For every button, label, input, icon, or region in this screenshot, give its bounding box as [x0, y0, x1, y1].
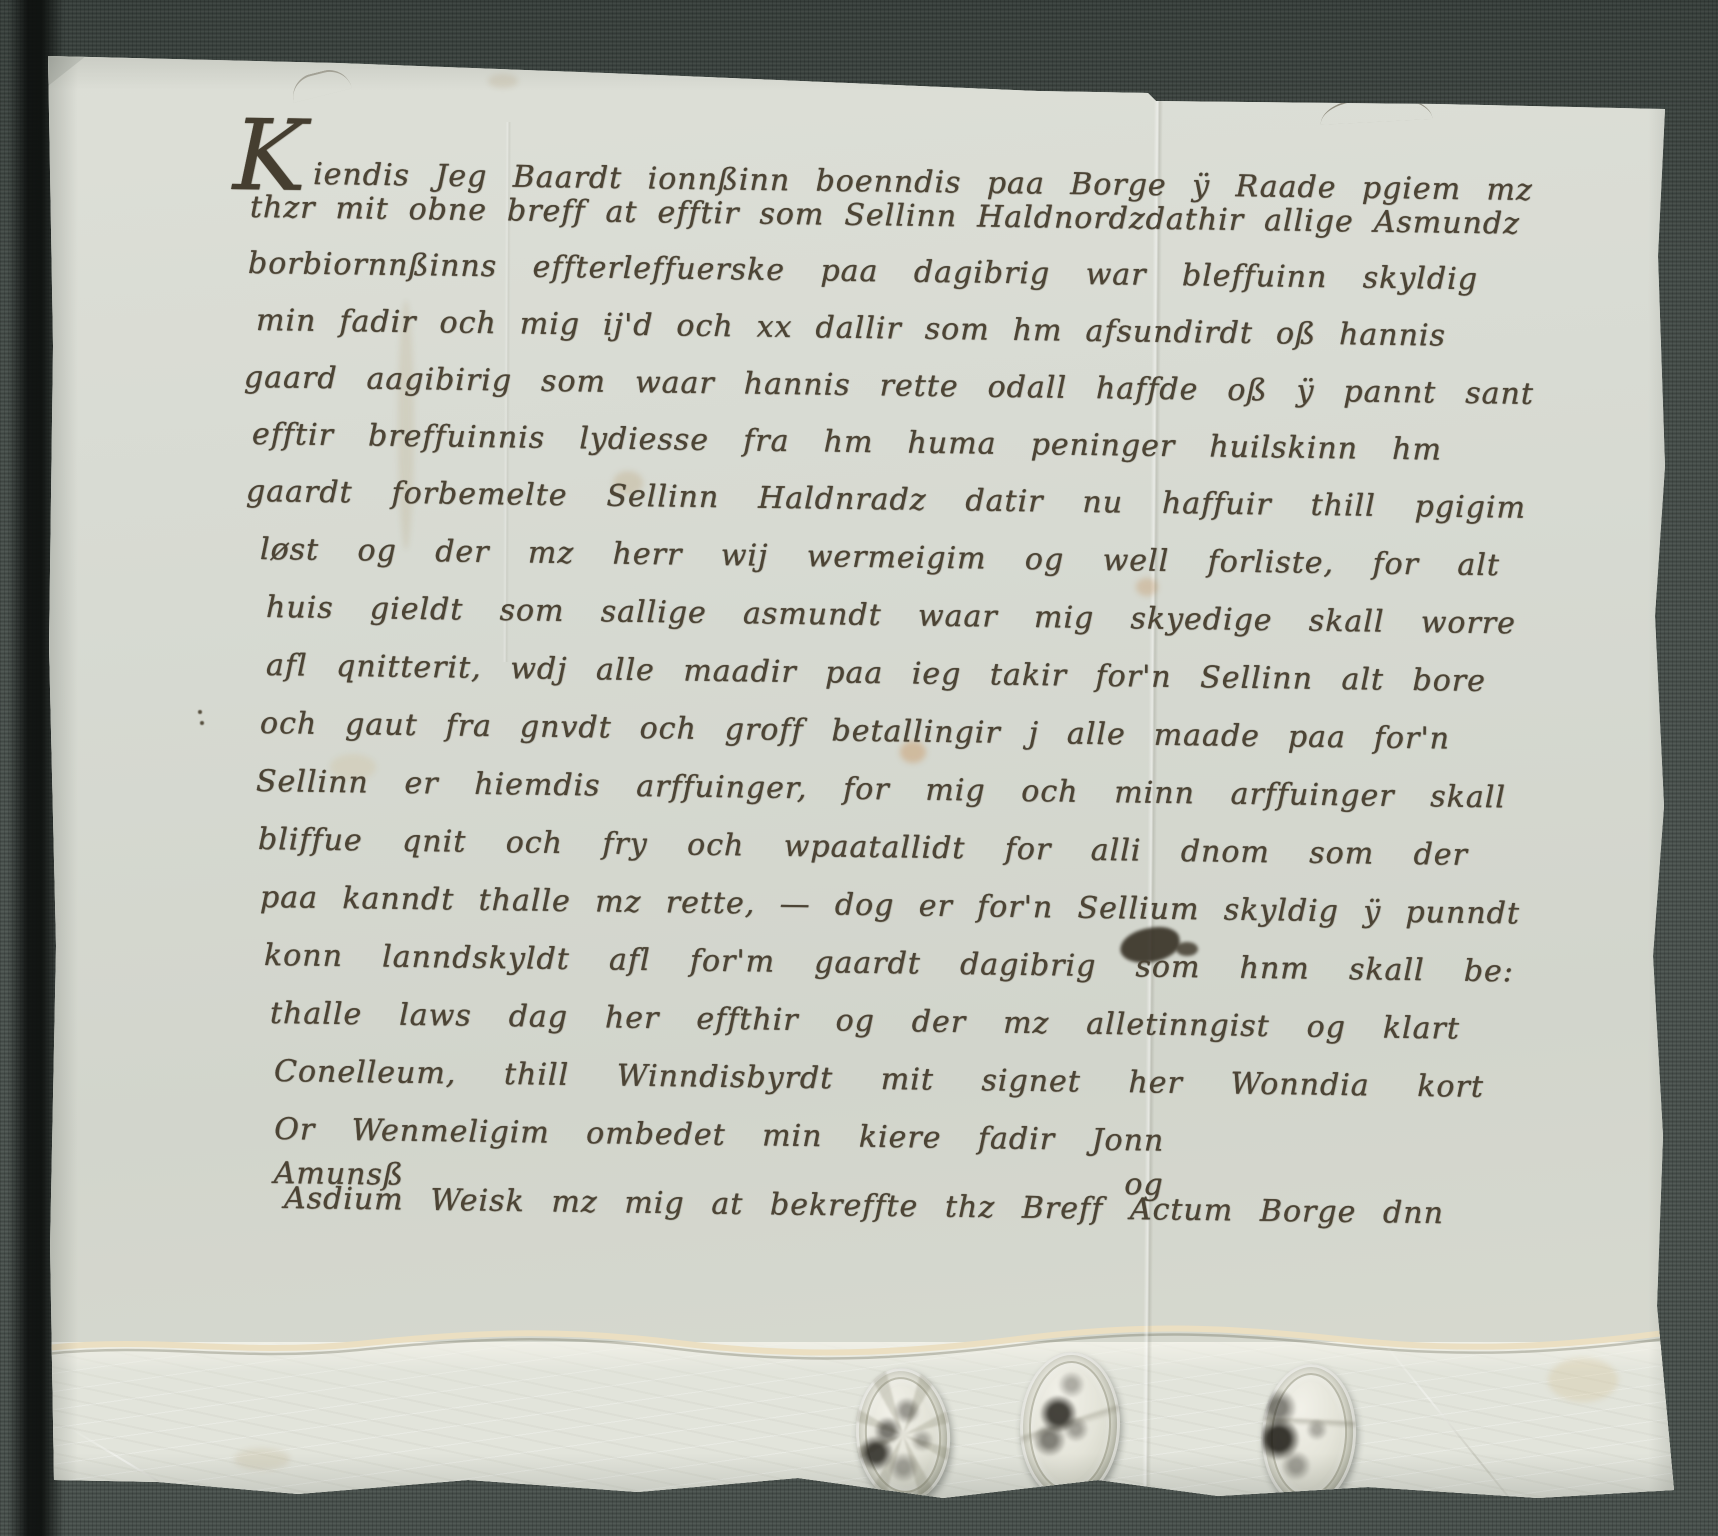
text-line: afl qnitterit, wdj alle maadir paa ieg t… — [266, 644, 1486, 704]
ink-flourish — [288, 65, 352, 103]
margin-ink-dot — [200, 721, 204, 725]
text-line: borbiornnßinns effterleffuerske paa dagi… — [248, 242, 1478, 302]
corner-fold — [48, 56, 86, 86]
text-line: och gaut fra gnvdt och groff betallingir… — [260, 702, 1450, 762]
manuscript-paper: Kiendis Jeg Baardt ionnßinn boenndis paa… — [38, 46, 1686, 1508]
stain — [488, 74, 518, 88]
text-line: gaard aagibirig som waar hannis rette od… — [244, 356, 1534, 417]
margin-ink-dot — [198, 710, 202, 714]
text-line: Asdium Weisk mz mig at bekreffte thz Bre… — [284, 1177, 1444, 1236]
archival-photo: Kiendis Jeg Baardt ionnßinn boenndis paa… — [0, 0, 1718, 1536]
text-line: konn lanndskyldt afl for'm gaardt dagibr… — [264, 934, 1514, 994]
text-line: thalle laws dag her effthir og der mz al… — [270, 992, 1460, 1052]
text-line: Sellinn er hiemdis arffuinger, for mig o… — [256, 760, 1506, 820]
text-line: efftir breffuinnis lydiesse fra hm huma … — [252, 413, 1442, 473]
text-line: paa kanndt thalle mz rette, — dog er for… — [260, 876, 1520, 936]
text-line: Conelleum, thill Winndisbyrdt mit signet… — [274, 1050, 1484, 1110]
text-line: løst og der mz herr wij wermeigim og wel… — [260, 528, 1500, 588]
text-line: gaardt forbemelte Sellinn Haldnradz dati… — [246, 470, 1526, 531]
text-line: min fadir och mig ij'd och xx dallir som… — [256, 299, 1446, 359]
text-line: huis gieldt som sallige asmundt waar mig… — [266, 586, 1516, 646]
text-line: bliffue qnit och fry och wpaatallidt for… — [258, 818, 1468, 878]
